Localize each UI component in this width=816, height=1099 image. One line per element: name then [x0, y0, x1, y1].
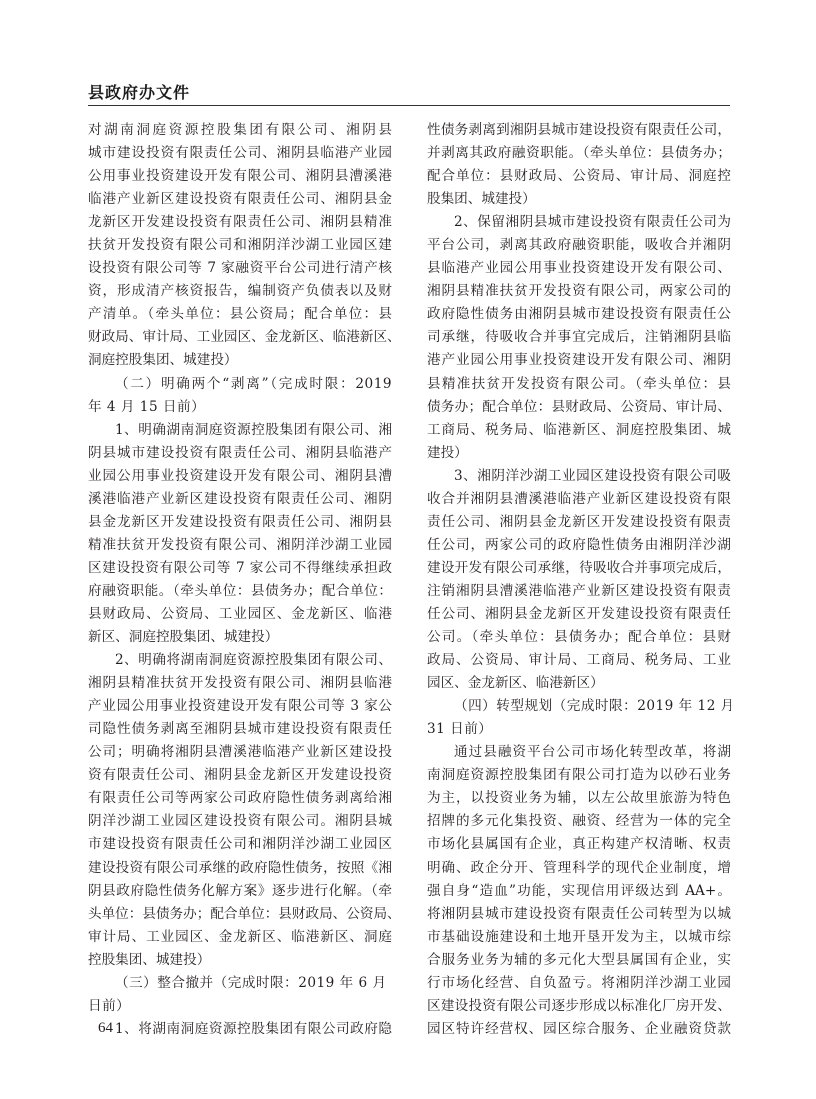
- text-line: 通过县融资平台公司市场化转型改革，将湖: [427, 741, 731, 764]
- right-column: 性债务剥离到湘阴县城市建设投资有限责任公司，并剥离其政府融资职能。（牵头单位：县…: [427, 119, 731, 1041]
- text-line: 3、湘阴洋沙湖工业园区建设投资有限公司吸: [427, 465, 731, 488]
- text-line: 对湖南洞庭资源控股集团有限公司、湘阴县: [88, 119, 392, 142]
- text-line: 并剥离其政府融资职能。（牵头单位：县债务办；: [427, 142, 731, 165]
- text-line: 市基础设施建设和土地开垦开发为主，以城市综: [427, 926, 731, 949]
- section-heading-line: 年 4 月 15 日前）: [88, 396, 392, 419]
- text-line: 阴县政府隐性债务化解方案》逐步进行化解。（牵: [88, 880, 392, 903]
- text-line: 收合并湘阴县漕溪港临港产业新区建设投资有限: [427, 488, 731, 511]
- text-line: 公司。（牵头单位：县债务办；配合单位：县财: [427, 626, 731, 649]
- text-line: 精准扶贫开发投资有限公司、湘阴洋沙湖工业园: [88, 534, 392, 557]
- text-line: 行市场化经营、自负盈亏。将湘阴洋沙湖工业园: [427, 972, 731, 995]
- text-line: 港产业园公用事业投资建设开发有限公司、湘阴: [427, 349, 731, 372]
- text-line: 洞庭控股集团、城建投）: [88, 349, 392, 372]
- text-line: 2、保留湘阴县城市建设投资有限责任公司为: [427, 211, 731, 234]
- text-line: 政府隐性债务由湘阴县城市建设投资有限责任公: [427, 303, 731, 326]
- text-line: 头单位：县债务办；配合单位：县财政局、公资局、: [88, 903, 392, 926]
- text-line: 市建设投资有限责任公司和湘阴洋沙湖工业园区: [88, 833, 392, 856]
- text-line: 建设开发有限公司承继，待吸收合并事项完成后，: [427, 557, 731, 580]
- text-line: 新区、洞庭控股集团、城建投）: [88, 626, 392, 649]
- text-line: 县财政局、公资局、工业园区、金龙新区、临港: [88, 603, 392, 626]
- text-line: 股集团、城建投）: [427, 188, 731, 211]
- text-line: 阴县城市建设投资有限责任公司、湘阴县临港产: [88, 442, 392, 465]
- text-line: 1、明确湖南洞庭资源控股集团有限公司、湘: [88, 419, 392, 442]
- text-line: 园区特许经营权、园区综合服务、企业融资贷款: [427, 1018, 731, 1041]
- section-heading-line: （三）整合撤并（完成时限：2019 年 6 月 30: [88, 972, 392, 995]
- text-line: 审计局、工业园区、金龙新区、临港新区、洞庭: [88, 926, 392, 949]
- text-line: 区建设投资有限公司等 7 家公司不得继续承担政: [88, 557, 392, 580]
- text-line: 湘阴县精准扶贫开发投资有限公司，两家公司的: [427, 280, 731, 303]
- section-heading-line: 31 日前）: [427, 718, 731, 741]
- header-divider: [88, 105, 730, 106]
- text-line: 强自身“造血”功能，实现信用评级达到 AA+。: [427, 880, 731, 903]
- text-line: 业园公用事业投资建设开发有限公司、湘阴县漕: [88, 465, 392, 488]
- text-line: 控股集团、城建投）: [88, 949, 392, 972]
- text-line: 将湘阴县城市建设投资有限责任公司转型为以城: [427, 903, 731, 926]
- text-line: 临港产业新区建设投资有限责任公司、湘阴县金: [88, 188, 392, 211]
- text-line: 政局、公资局、审计局、工商局、税务局、工业: [427, 649, 731, 672]
- text-line: 县临港产业园公用事业投资建设开发有限公司、: [427, 257, 731, 280]
- text-line: 阴洋沙湖工业园区建设投资有限公司。湘阴县城: [88, 810, 392, 833]
- text-line: 城市建设投资有限责任公司、湘阴县临港产业园: [88, 142, 392, 165]
- text-line: 扶贫开发投资有限公司和湘阴洋沙湖工业园区建: [88, 234, 392, 257]
- text-line: 司承继，待吸收合并事宜完成后，注销湘阴县临: [427, 326, 731, 349]
- text-line: 责任公司、湘阴县金龙新区开发建设投资有限责: [427, 511, 731, 534]
- text-line: 资，形成清产核资报告，编制资产负债表以及财: [88, 280, 392, 303]
- text-line: 为主，以投资业务为辅，以左公故里旅游为特色: [427, 787, 731, 810]
- section-heading-line: 日前）: [88, 995, 392, 1018]
- text-line: 园区、金龙新区、临港新区）: [427, 672, 731, 695]
- text-line: 1、将湖南洞庭资源控股集团有限公司政府隐: [88, 1018, 392, 1041]
- text-line: 建投）: [427, 442, 731, 465]
- text-line: 区建设投资有限公司逐步形成以标准化厂房开发、: [427, 995, 731, 1018]
- text-line: 有限责任公司等两家公司政府隐性债务剥离给湘: [88, 787, 392, 810]
- text-line: 债务办；配合单位：县财政局、公资局、审计局、: [427, 396, 731, 419]
- text-line: 工商局、税务局、临港新区、洞庭控股集团、城: [427, 419, 731, 442]
- text-line: 任公司、湘阴县金龙新区开发建设投资有限责任: [427, 603, 731, 626]
- text-line: 设投资有限公司等 7 家融资平台公司进行清产核: [88, 257, 392, 280]
- section-heading-line: （四）转型规划（完成时限：2019 年 12 月: [427, 695, 731, 718]
- text-line: 平台公司，剥离其政府融资职能，吸收合并湘阴: [427, 234, 731, 257]
- text-line: 性债务剥离到湘阴县城市建设投资有限责任公司，: [427, 119, 731, 142]
- text-line: 2、明确将湖南洞庭资源控股集团有限公司、: [88, 649, 392, 672]
- text-line: 公用事业投资建设开发有限公司、湘阴县漕溪港: [88, 165, 392, 188]
- text-line: 任公司，两家公司的政府隐性债务由湘阴洋沙湖: [427, 534, 731, 557]
- text-line: 资有限责任公司、湘阴县金龙新区开发建设投资: [88, 764, 392, 787]
- text-line: 合服务业务为辅的多元化大型县属国有企业，实: [427, 949, 731, 972]
- text-line: 明确、政企分开、管理科学的现代企业制度，增: [427, 857, 731, 880]
- text-line: 建设投资有限公司承继的政府隐性债务，按照《湘: [88, 857, 392, 880]
- text-line: 龙新区开发建设投资有限责任公司、湘阴县精准: [88, 211, 392, 234]
- text-line: 县精准扶贫开发投资有限公司。（牵头单位：县: [427, 373, 731, 396]
- text-line: 产清单。（牵头单位：县公资局；配合单位：县: [88, 303, 392, 326]
- text-line: 溪港临港产业新区建设投资有限责任公司、湘阴: [88, 488, 392, 511]
- text-line: 招牌的多元化集投资、融资、经营为一体的完全: [427, 810, 731, 833]
- text-line: 湘阴县精准扶贫开发投资有限公司、湘阴县临港: [88, 672, 392, 695]
- page-number: 64: [98, 1020, 113, 1037]
- text-line: 财政局、审计局、工业园区、金龙新区、临港新区、: [88, 326, 392, 349]
- text-line: 市场化县属国有企业，真正构建产权清晰、权责: [427, 833, 731, 856]
- text-line: 县金龙新区开发建设投资有限责任公司、湘阴县: [88, 511, 392, 534]
- text-line: 公司；明确将湘阴县漕溪港临港产业新区建设投: [88, 741, 392, 764]
- text-line: 配合单位：县财政局、公资局、审计局、洞庭控: [427, 165, 731, 188]
- text-line: 注销湘阴县漕溪港临港产业新区建设投资有限责: [427, 580, 731, 603]
- text-line: 产业园公用事业投资建设开发有限公司等 3 家公: [88, 695, 392, 718]
- left-column: 对湖南洞庭资源控股集团有限公司、湘阴县城市建设投资有限责任公司、湘阴县临港产业园…: [88, 119, 392, 1041]
- running-header-title: 县政府办文件: [88, 80, 190, 103]
- section-heading-line: （二）明确两个“剥离”（完成时限：2019: [88, 373, 392, 396]
- text-line: 南洞庭资源控股集团有限公司打造为以砂石业务: [427, 764, 731, 787]
- text-line: 司隐性债务剥离至湘阴县城市建设投资有限责任: [88, 718, 392, 741]
- text-line: 府融资职能。（牵头单位：县债务办；配合单位：: [88, 580, 392, 603]
